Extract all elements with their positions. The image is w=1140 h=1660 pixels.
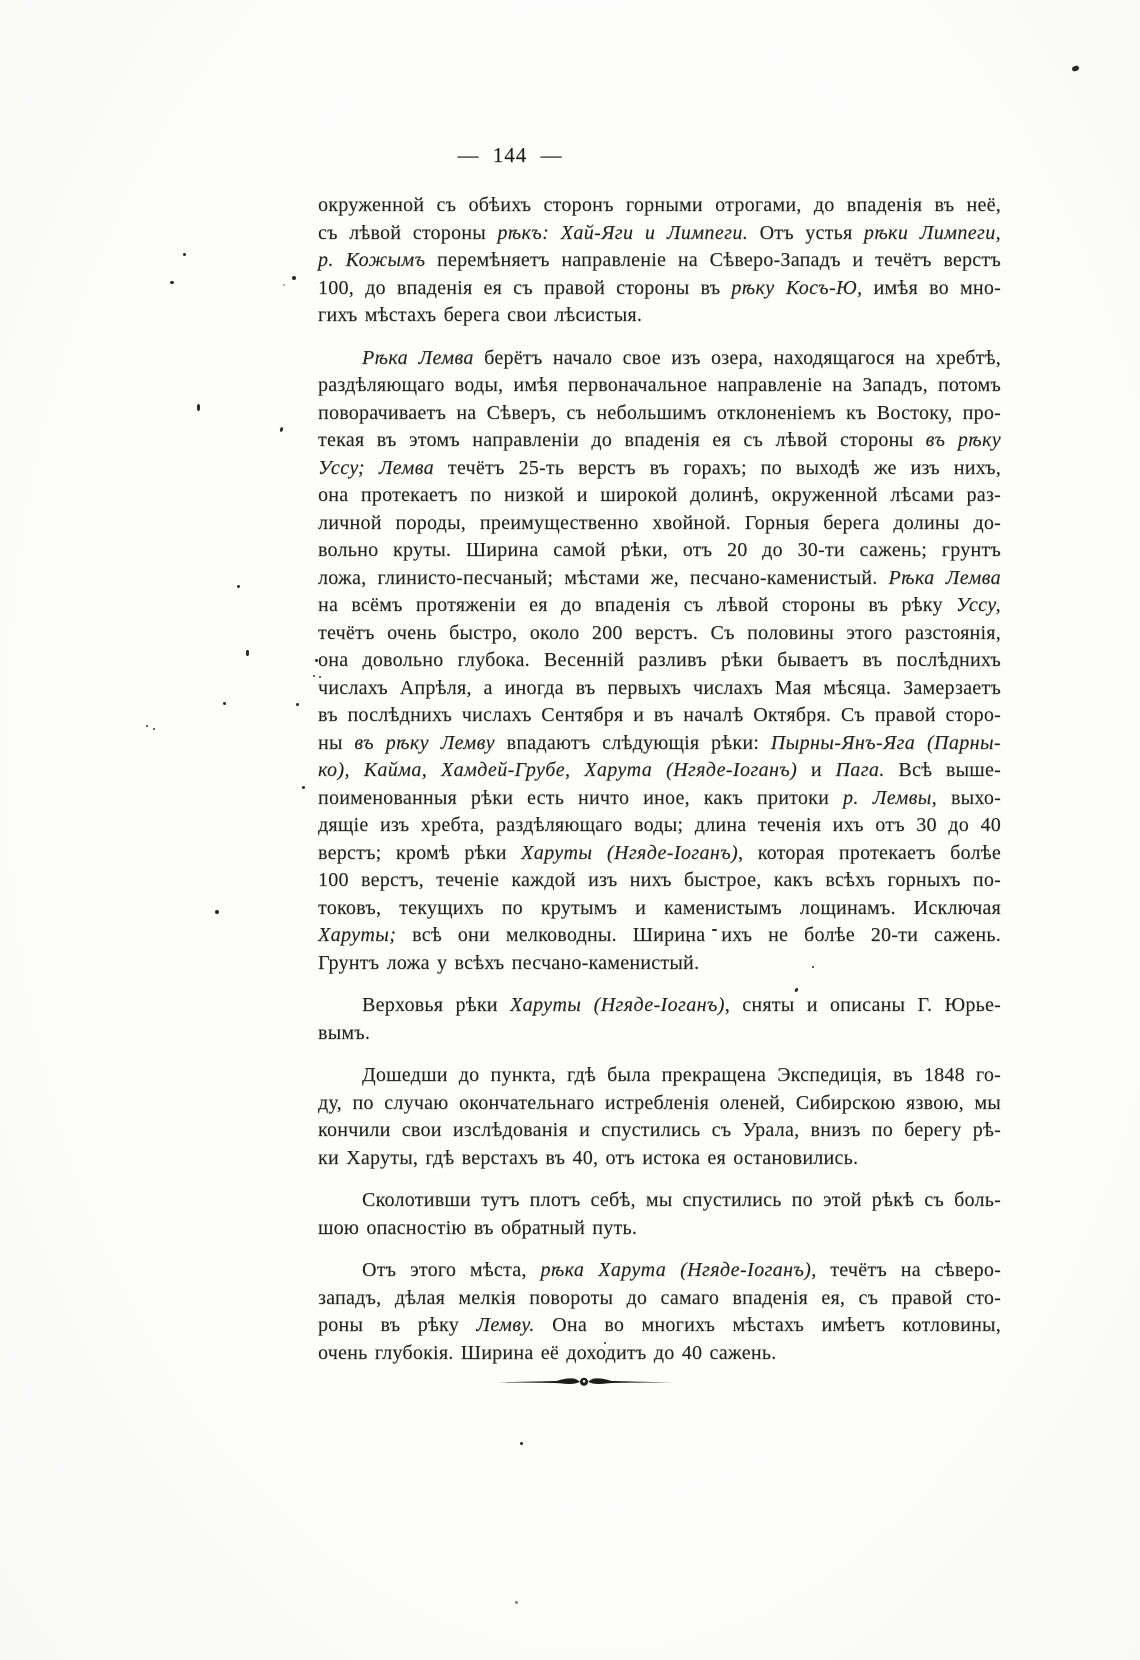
text-line: поворачиваетъ на Сѣверъ, съ небольшимъ о… bbox=[318, 400, 1001, 428]
river-name-italic: въ рѣку bbox=[926, 429, 1001, 451]
text-line: ложа, глинисто-песчаный; мѣстами же, пес… bbox=[318, 565, 1001, 593]
text-line: Харуты; всѣ они мелководны. Ширина ихъ н… bbox=[318, 922, 1001, 950]
text-line: Грунтъ ложа у всѣхъ песчано-каменистый. bbox=[318, 950, 1001, 978]
river-name-italic: р. Кожымъ bbox=[318, 249, 425, 271]
scan-speck bbox=[520, 1442, 523, 1445]
text-segment: Грунтъ ложа у всѣхъ песчано-каменистый. bbox=[318, 952, 699, 974]
river-name-italic: Лемву. bbox=[476, 1314, 534, 1336]
scan-speck bbox=[313, 675, 315, 677]
text-line: шою опасностію въ обратный путь. bbox=[318, 1215, 1001, 1243]
text-segment: Дошедши до пункта, гдѣ была прекращена Э… bbox=[362, 1064, 1001, 1086]
scan-speck bbox=[215, 910, 219, 914]
text-line: личной породы, преимущественно хвойной. … bbox=[318, 510, 1001, 538]
text-segment: берётъ начало свое изъ озера, находящаго… bbox=[474, 347, 1001, 369]
paragraph: Отъ этого мѣста, рѣка Харута (Нгяде-Іога… bbox=[318, 1257, 1001, 1367]
scan-speck bbox=[319, 676, 321, 678]
paragraph: Верховья рѣки Харуты (Нгяде-Іоганъ), сня… bbox=[318, 992, 1001, 1047]
page-number-header: — 144 — bbox=[420, 143, 600, 168]
text-segment: Отъ устья bbox=[748, 222, 864, 244]
text-segment: впадаютъ слѣдующія рѣки: bbox=[495, 732, 771, 754]
text-segment: 100 верстъ, теченіе каждой изъ нихъ быст… bbox=[318, 869, 1001, 891]
text-line: раздѣляющаго воды, имѣя первоначальное н… bbox=[318, 372, 1001, 400]
text-line: Верховья рѣки Харуты (Нгяде-Іоганъ), сня… bbox=[318, 992, 1001, 1020]
text-segment: , течётъ на сѣверо- bbox=[811, 1259, 1001, 1281]
text-line: ны въ рѣку Лемву впадаютъ слѣдующія рѣки… bbox=[318, 730, 1001, 758]
scanned-book-page: — 144 — окруженной съ обѣихъ сторонъ гор… bbox=[0, 0, 1140, 1660]
text-line: Сколотивши тутъ плотъ себѣ, мы спустилис… bbox=[318, 1187, 1001, 1215]
paragraph: Рѣка Лемва берётъ начало свое изъ озера,… bbox=[318, 345, 1001, 978]
text-line: вымъ. bbox=[318, 1020, 1001, 1048]
scan-speck bbox=[745, 911, 747, 913]
text-segment: очень глубокія. Ширина её доходитъ до 40… bbox=[318, 1342, 776, 1364]
text-segment: гихъ мѣстахъ берега свои лѣсистыя. bbox=[318, 304, 642, 326]
scan-speck bbox=[170, 281, 174, 284]
text-line: вольно круты. Ширина самой рѣки, отъ 20 … bbox=[318, 537, 1001, 565]
text-line: Отъ этого мѣста, рѣка Харута (Нгяде-Іога… bbox=[318, 1257, 1001, 1285]
text-segment bbox=[365, 457, 379, 479]
text-segment: ны bbox=[318, 732, 354, 754]
text-segment: она довольно глубока. Весенній разливъ р… bbox=[318, 649, 1001, 671]
text-line: она довольно глубока. Весенній разливъ р… bbox=[318, 647, 1001, 675]
text-line: верстъ; кромѣ рѣки Харуты (Нгяде-Іоганъ)… bbox=[318, 840, 1001, 868]
river-name-italic: Рѣка Лемва bbox=[362, 347, 474, 369]
scan-speck bbox=[223, 702, 226, 705]
river-name-italic: Пага. bbox=[835, 759, 884, 781]
text-line: ду, по случаю окончательнаго истребленія… bbox=[318, 1090, 1001, 1118]
text-line: поименованныя рѣки есть ничто иное, какъ… bbox=[318, 785, 1001, 813]
river-name-italic: Харуты (Нгяде-Іоганъ) bbox=[510, 994, 725, 1016]
text-line: роны въ рѣку Лемву. Она во многихъ мѣста… bbox=[318, 1312, 1001, 1340]
paragraph: Сколотивши тутъ плотъ себѣ, мы спустилис… bbox=[318, 1187, 1001, 1242]
text-line: западъ, дѣлая мелкія повороты до самаго … bbox=[318, 1285, 1001, 1313]
text-segment: западъ, дѣлая мелкія повороты до самаго … bbox=[318, 1287, 1001, 1309]
scan-speck bbox=[237, 585, 240, 588]
text-line: ко), Кайма, Хамдей-Грубе, Харута (Нгяде-… bbox=[318, 757, 1001, 785]
scan-speck bbox=[283, 284, 285, 286]
text-line: окруженной съ обѣихъ сторонъ горными отр… bbox=[318, 192, 1001, 220]
text-line: дящіе изъ хребта, раздѣляющаго воды; дли… bbox=[318, 812, 1001, 840]
river-name-italic: въ рѣку Лемву bbox=[354, 732, 495, 754]
text-line: числахъ Апрѣля, а иногда въ первыхъ числ… bbox=[318, 675, 1001, 703]
scan-speck bbox=[604, 1342, 606, 1344]
scan-speck bbox=[315, 659, 318, 662]
text-line: р. Кожымъ перемѣняетъ направленіе на Сѣв… bbox=[318, 247, 1001, 275]
river-name-italic: Лемва bbox=[379, 457, 434, 479]
scan-speck bbox=[812, 966, 814, 968]
text-segment: вольно круты. Ширина самой рѣки, отъ 20 … bbox=[318, 539, 1001, 561]
text-line: течётъ очень быстро, около 200 верстъ. С… bbox=[318, 620, 1001, 648]
scan-speck bbox=[296, 703, 299, 706]
scan-speck bbox=[712, 929, 717, 931]
text-line: токовъ, текущихъ по крутымъ и каменистым… bbox=[318, 895, 1001, 923]
divider-ornament bbox=[493, 1374, 675, 1390]
scan-speck bbox=[515, 1601, 518, 1604]
scan-speck bbox=[292, 276, 296, 280]
text-segment: выхо- bbox=[937, 787, 1001, 809]
text-segment: личной породы, преимущественно хвойной. … bbox=[318, 512, 1001, 534]
scan-speck bbox=[146, 725, 148, 727]
text-block: окруженной съ обѣихъ сторонъ горными отр… bbox=[318, 192, 1001, 1367]
text-segment: роны въ рѣку bbox=[318, 1314, 476, 1336]
text-line: 100 верстъ, теченіе каждой изъ нихъ быст… bbox=[318, 867, 1001, 895]
text-line: 100, до впаденія ея съ правой стороны въ… bbox=[318, 275, 1001, 303]
text-segment: перемѣняетъ направленіе на Сѣверо-Западъ… bbox=[425, 249, 1001, 271]
river-name-italic: р. Лемвы, bbox=[843, 787, 937, 809]
text-segment: Она во многихъ мѣстахъ имѣетъ котловины, bbox=[535, 1314, 1001, 1336]
scan-speck bbox=[183, 253, 186, 256]
river-name-italic: ко), Кайма, Хамдей-Грубе, Харута (Нгяде-… bbox=[318, 759, 797, 781]
text-line: очень глубокія. Ширина её доходитъ до 40… bbox=[318, 1340, 1001, 1368]
paragraph: окруженной съ обѣихъ сторонъ горными отр… bbox=[318, 192, 1001, 330]
text-line: на всёмъ протяженіи ея до впаденія съ лѣ… bbox=[318, 592, 1001, 620]
text-segment: ложа, глинисто-песчаный; мѣстами же, пес… bbox=[318, 567, 889, 589]
scan-speck bbox=[302, 786, 305, 789]
river-name-italic: Харуты; bbox=[318, 924, 396, 946]
text-segment: 100, до впаденія ея съ правой стороны въ bbox=[318, 277, 731, 299]
text-segment: числахъ Апрѣля, а иногда въ первыхъ числ… bbox=[318, 677, 1001, 699]
text-segment: она протекаетъ по низкой и широкой долин… bbox=[318, 484, 1001, 506]
text-segment: течётъ 25-ть верстъ въ горахъ; по выходѣ… bbox=[434, 457, 1001, 479]
text-segment: дящіе изъ хребта, раздѣляющаго воды; дли… bbox=[318, 814, 1001, 836]
scan-speck bbox=[1071, 65, 1079, 72]
scan-speck bbox=[153, 728, 155, 730]
text-line: гихъ мѣстахъ берега свои лѣсистыя. bbox=[318, 302, 1001, 330]
text-segment: раздѣляющаго воды, имѣя первоначальное н… bbox=[318, 374, 1001, 396]
river-name-italic: Рѣка Лемва bbox=[889, 567, 1001, 589]
text-line: она протекаетъ по низкой и широкой долин… bbox=[318, 482, 1001, 510]
text-line: кончили свои изслѣдованія и спустились с… bbox=[318, 1117, 1001, 1145]
river-name-italic: рѣку Косъ-Ю, bbox=[731, 277, 862, 299]
river-name-italic: рѣка Харута (Нгяде-Іоганъ) bbox=[540, 1259, 811, 1281]
text-segment: поворачиваетъ на Сѣверъ, съ небольшимъ о… bbox=[318, 402, 1001, 424]
text-segment: текая въ этомъ направленіи до впаденія е… bbox=[318, 429, 926, 451]
text-segment: шою опасностію въ обратный путь. bbox=[318, 1217, 637, 1239]
river-name-italic: Уссу; bbox=[318, 457, 365, 479]
scan-speck bbox=[658, 933, 660, 935]
text-segment: ду, по случаю окончательнаго истребленія… bbox=[318, 1092, 1001, 1114]
text-line: текая въ этомъ направленіи до впаденія е… bbox=[318, 427, 1001, 455]
text-segment: и bbox=[797, 759, 835, 781]
text-segment: ки Харуты, гдѣ верстахъ въ 40, отъ исток… bbox=[318, 1147, 858, 1169]
text-segment: съ лѣвой стороны bbox=[318, 222, 497, 244]
text-segment: , сняты и описаны Г. Юрье- bbox=[725, 994, 1001, 1016]
text-segment: токовъ, текущихъ по крутымъ и каменистым… bbox=[318, 897, 1001, 919]
river-name-italic: Пырны-Янъ-Яга (Парны- bbox=[771, 732, 1001, 754]
text-line: Дошедши до пункта, гдѣ была прекращена Э… bbox=[318, 1062, 1001, 1090]
text-line: ки Харуты, гдѣ верстахъ въ 40, отъ исток… bbox=[318, 1145, 1001, 1173]
text-segment: окруженной съ обѣихъ сторонъ горными отр… bbox=[318, 194, 1001, 216]
text-segment: на всёмъ протяженіи ея до впаденія съ лѣ… bbox=[318, 594, 956, 616]
river-name-italic: Уссу, bbox=[956, 594, 1001, 616]
scan-speck bbox=[688, 940, 690, 942]
text-segment: вымъ. bbox=[318, 1022, 370, 1044]
text-segment: Всѣ выше- bbox=[885, 759, 1001, 781]
text-line: въ послѣднихъ числахъ Сентября и въ нача… bbox=[318, 702, 1001, 730]
text-segment: течётъ очень быстро, около 200 верстъ. С… bbox=[318, 622, 1001, 644]
river-name-italic: Харуты (Нгяде-Іоганъ) bbox=[521, 842, 738, 864]
text-segment: поименованныя рѣки есть ничто иное, какъ… bbox=[318, 787, 843, 809]
text-segment: Отъ этого мѣста, bbox=[362, 1259, 540, 1281]
text-segment: имѣя во мно- bbox=[862, 277, 1001, 299]
text-segment: Сколотивши тутъ плотъ себѣ, мы спустилис… bbox=[362, 1189, 1001, 1211]
text-segment: всѣ они мелководны. Ширина ихъ не болѣе … bbox=[396, 924, 1001, 946]
text-segment: въ послѣднихъ числахъ Сентября и въ нача… bbox=[318, 704, 1001, 726]
text-line: Уссу; Лемва течётъ 25-ть верстъ въ горах… bbox=[318, 455, 1001, 483]
text-segment: Верховья рѣки bbox=[362, 994, 510, 1016]
text-segment: верстъ; кромѣ рѣки bbox=[318, 842, 521, 864]
river-name-italic: рѣки Лимпеги, bbox=[864, 222, 1001, 244]
text-line: съ лѣвой стороны рѣкъ: Хай-Яги и Лимпеги… bbox=[318, 220, 1001, 248]
scan-speck bbox=[197, 404, 200, 411]
scan-speck bbox=[246, 650, 249, 656]
text-line: Рѣка Лемва берётъ начало свое изъ озера,… bbox=[318, 345, 1001, 373]
river-name-italic: рѣкъ: Хай-Яги и Лимпеги. bbox=[497, 222, 748, 244]
text-segment: , которая протекаетъ болѣе bbox=[738, 842, 1001, 864]
text-segment: кончили свои изслѣдованія и спустились с… bbox=[318, 1119, 1001, 1141]
paragraph: Дошедши до пункта, гдѣ была прекращена Э… bbox=[318, 1062, 1001, 1172]
scan-speck bbox=[279, 427, 283, 433]
